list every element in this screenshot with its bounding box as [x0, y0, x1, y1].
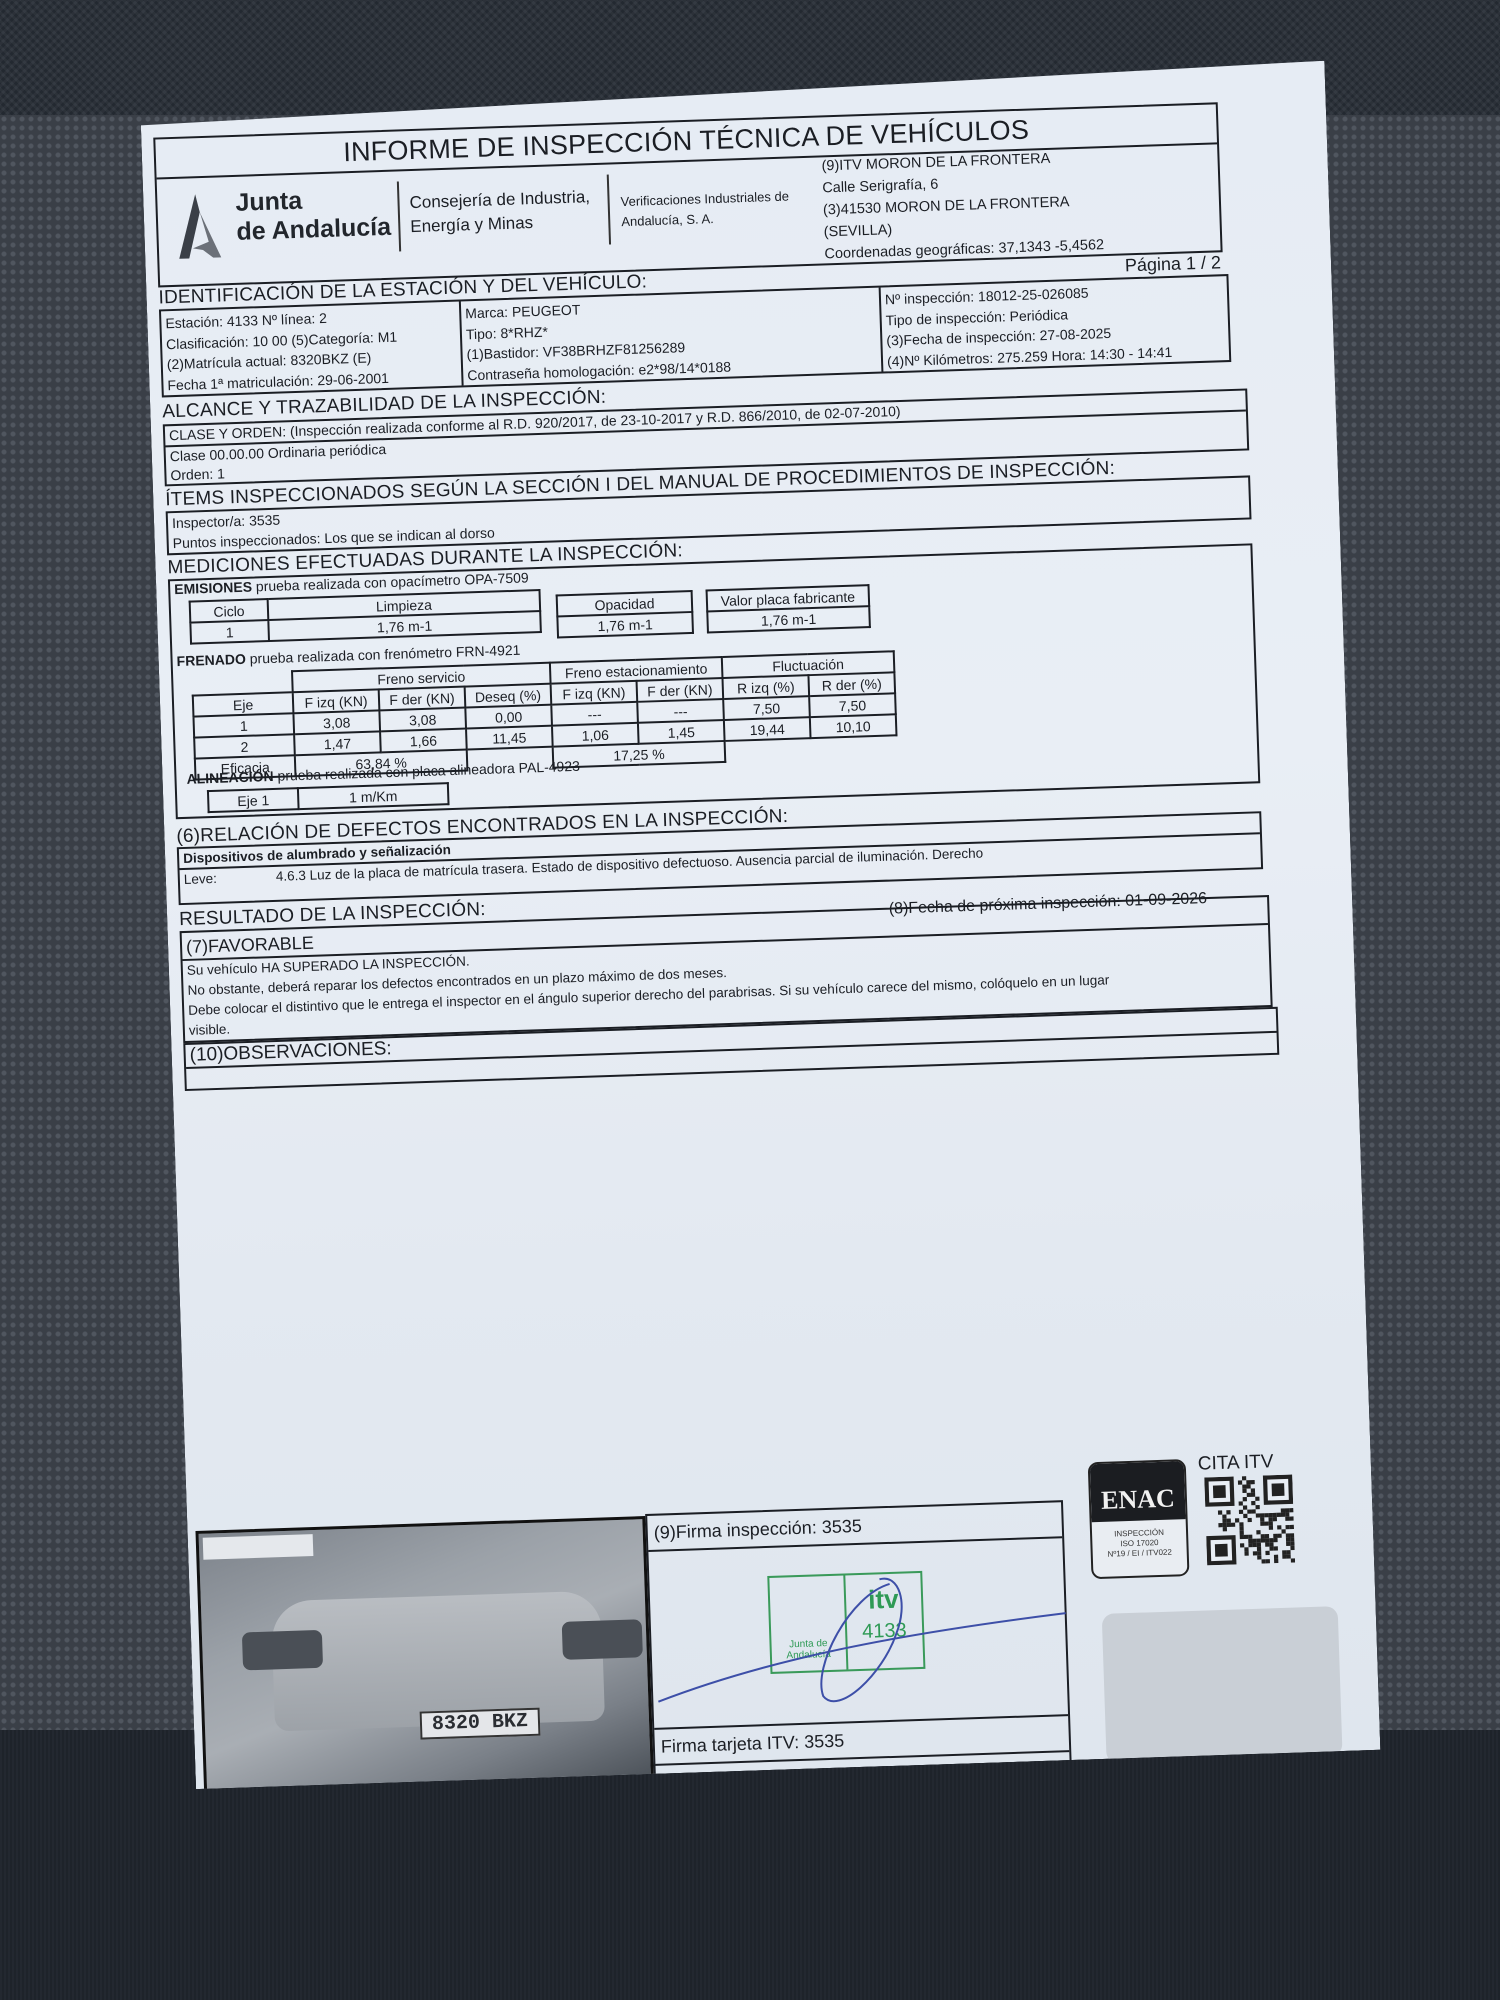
divider [607, 175, 611, 245]
tail-lamp-left [242, 1630, 323, 1671]
consejeria-text: Consejería de Industria, Energía y Minas [409, 185, 591, 239]
photo-header-strip [203, 1534, 314, 1560]
vehicle-photo: 8320 BKZ Veiasa Copyright 2025-08-27 14:… [195, 1516, 654, 1821]
next-inspection-date: (8)Fecha de próxima inspección: 01-09-20… [888, 885, 1207, 924]
enac-badge: ENAC INSPECCIÓN ISO 17020 Nº19 / EI / IT… [1088, 1459, 1190, 1579]
divider [397, 181, 401, 251]
inspection-report-sheet: INFORME DE INSPECCIÓN TÉCNICA DE VEHÍCUL… [140, 61, 1380, 1789]
itv-stamp: Junta de Andalucía itv 4133 [767, 1571, 925, 1674]
vehicle-info: Marca: PEUGEOT Tipo: 8*RHZ* (1)Bastidor:… [461, 288, 884, 386]
tail-lamp-right [562, 1619, 643, 1660]
stamp-junta-text: Junta de Andalucía [769, 1575, 848, 1671]
signature-box: (9)Firma inspección: 3535 Junta de Andal… [645, 1500, 1072, 1806]
opacity-table: Opacidad 1,76 m-1 [556, 590, 694, 639]
result-verdict: (7)FAVORABLE [186, 933, 314, 957]
emissions-table: CicloLimpieza 11,76 m-1 [189, 589, 542, 645]
alignment-table: Eje 11 m/Km [207, 782, 450, 813]
manufacturer-plate-table: Valor placa fabricante 1,76 m-1 [706, 584, 871, 633]
report-header: INFORME DE INSPECCIÓN TÉCNICA DE VEHÍCUL… [153, 102, 1222, 287]
operator-text: Verificaciones Industriales de Andalucía… [620, 187, 790, 233]
page-number: Página 1 / 2 [1125, 252, 1222, 276]
stamp-station-number: 4133 [846, 1613, 923, 1649]
junta-andalucia-logo-text: Junta de Andalucía [235, 184, 392, 247]
stamp-itv-logo: itv [845, 1573, 922, 1615]
enac-logo: ENAC [1090, 1461, 1186, 1522]
license-plate: 8320 BKZ [420, 1708, 541, 1740]
qr-code-icon[interactable] [1204, 1475, 1295, 1566]
inspection-info: Nº inspección: 18012-25-026085 Tipo de i… [881, 276, 1230, 371]
station-address: (9)ITV MORON DE LA FRONTERA Calle Serigr… [821, 146, 1104, 265]
measurements-box: EMISIONES prueba realizada con opacímetr… [168, 543, 1260, 819]
itv-sticker-card [1102, 1606, 1343, 1764]
qr-label: CITA ITV [1197, 1451, 1273, 1475]
junta-andalucia-a-icon [173, 191, 225, 261]
stamp-area: Junta de Andalucía itv 4133 [648, 1538, 1068, 1730]
station-info: Estación: 4133 Nº línea: 2 Clasificación… [161, 301, 464, 395]
